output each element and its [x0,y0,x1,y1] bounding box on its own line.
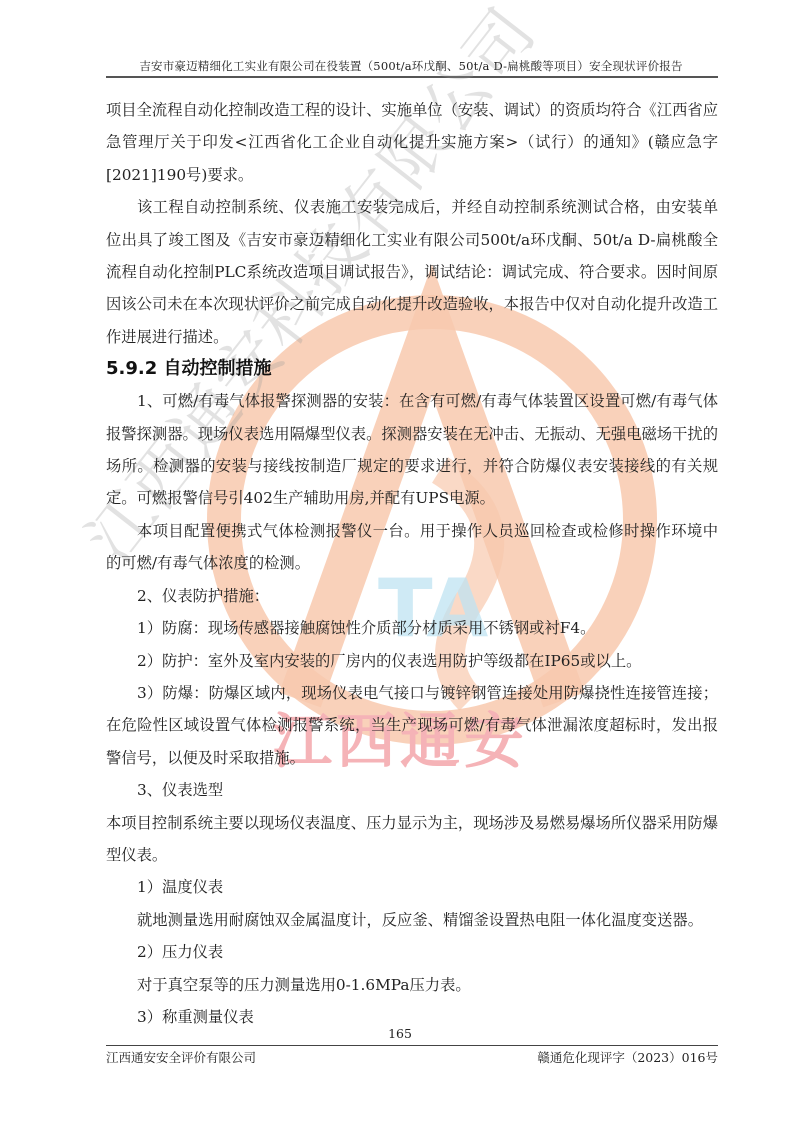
footer-divider [106,1045,718,1046]
list-item: 3）称重测量仪表 [106,1001,718,1033]
paragraph: 本项目配置便携式气体检测报警仪一台。用于操作人员巡回检查或检修时操作环境中的可燃… [106,515,718,580]
header-divider [106,76,718,78]
document-page: 吉安市豪迈精细化工实业有限公司在役装置（500t/a环戊酮、50t/a D-扁桃… [0,0,800,1131]
list-item: 2）压力仪表 [106,936,718,968]
list-item: 2、仪表防护措施： [106,580,718,612]
list-item: 3）防爆：防爆区域内，现场仪表电气接口与镀锌钢管连接处用防爆挠性连接管连接；在危… [106,677,718,774]
paragraph: 该工程自动控制系统、仪表施工安装完成后，并经自动控制系统测试合格，由安装单位出具… [106,191,718,353]
section-heading: 5.9.2 自动控制措施 [106,353,718,385]
paragraph: 对于真空泵等的压力测量选用0-1.6MPa压力表。 [106,969,718,1001]
paragraph: 项目全流程自动化控制改造工程的设计、实施单位（安装、调试）的资质均符合《江西省应… [106,94,718,191]
footer-report-number: 赣通危化现评字（2023）016号 [537,1048,718,1066]
list-item: 1）温度仪表 [106,871,718,903]
list-item: 3、仪表选型 [106,774,718,806]
paragraph: 就地测量选用耐腐蚀双金属温度计，反应釜、精馏釜设置热电阻一体化温度变送器。 [106,904,718,936]
footer-company: 江西通安安全评价有限公司 [106,1048,256,1066]
list-item: 2）防护：室外及室内安装的厂房内的仪表选用防护等级都在IP65或以上。 [106,645,718,677]
list-item: 1、可燃/有毒气体报警探测器的安装：在含有可燃/有毒气体装置区设置可燃/有毒气体… [106,385,718,515]
list-item: 1）防腐：现场传感器接触腐蚀性介质部分材质采用不锈钢或衬F4。 [106,612,718,644]
paragraph: 本项目控制系统主要以现场仪表温度、压力显示为主，现场涉及易燃易爆场所仪器采用防爆… [106,807,718,872]
document-body: 项目全流程自动化控制改造工程的设计、实施单位（安装、调试）的资质均符合《江西省应… [106,94,718,1033]
running-header: 吉安市豪迈精细化工实业有限公司在役装置（500t/a环戊酮、50t/a D-扁桃… [106,58,716,74]
